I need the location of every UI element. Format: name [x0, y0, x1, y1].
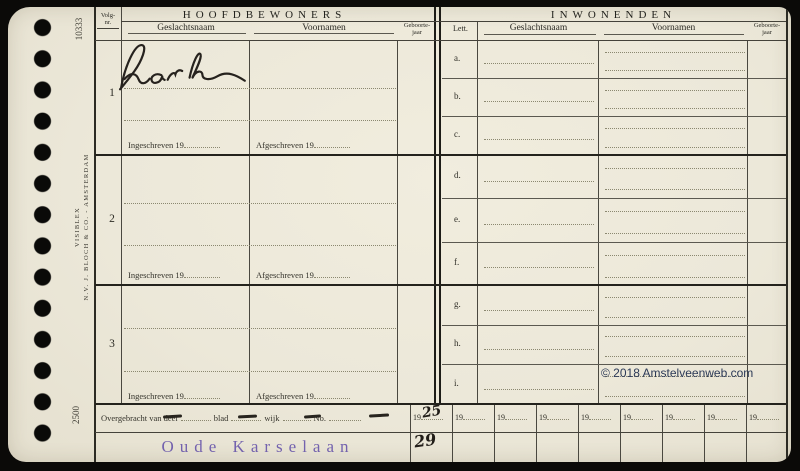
writing-line	[605, 297, 745, 298]
street-name-stamp: Oude Karselaan	[123, 437, 393, 457]
dotted-blank	[181, 414, 211, 421]
column-header-geslachtsnaam-inwonenden: Geslachtsnaam	[478, 23, 599, 33]
dotted-blank	[715, 413, 737, 420]
lodger-letter: f.	[454, 257, 459, 267]
header-underline	[484, 34, 596, 35]
year-cell: 19	[539, 413, 569, 422]
row-separator	[95, 154, 786, 156]
dotted-blank	[314, 141, 350, 148]
writing-line	[124, 371, 396, 372]
dotted-blank	[314, 392, 350, 399]
grid-line	[536, 404, 537, 462]
grid-line	[494, 404, 495, 462]
ingeschreven-label: Ingeschreven 19	[128, 391, 220, 401]
year-prefix: 19	[707, 413, 715, 422]
handwritten-dash	[369, 413, 389, 417]
dotted-blank	[463, 413, 485, 420]
column-header-volgnr-line2: nr.	[96, 19, 120, 26]
writing-line	[605, 336, 745, 337]
ingeschreven-text: Ingeschreven 19	[128, 391, 184, 401]
writing-line	[605, 396, 745, 397]
grid-line	[442, 78, 786, 79]
printer-imprint: VISIBLEX N.V. J. BLOCH & CO. - AMSTERDAM	[73, 153, 91, 300]
afgeschreven-text: Afgeschreven 19	[256, 391, 314, 401]
writing-line	[605, 211, 745, 212]
afgeschreven-text: Afgeschreven 19	[256, 140, 314, 150]
form-number-top: 10333	[74, 18, 84, 41]
grid-line	[747, 40, 748, 404]
grid-line	[97, 28, 119, 29]
handwritten-number: 29	[413, 430, 438, 452]
year-cell: 19	[665, 413, 695, 422]
section-title-hoofdbewoners: HOOFDBEWONERS	[95, 9, 434, 21]
dotted-blank	[631, 413, 653, 420]
writing-line	[605, 90, 745, 91]
column-header-geboortejaar-inwonenden: Geboorte- jaar	[748, 22, 786, 36]
writing-line	[605, 168, 745, 169]
lodger-letter: d.	[454, 170, 461, 180]
writing-line	[605, 233, 745, 234]
grid-line	[452, 404, 453, 462]
dotted-blank	[757, 413, 779, 420]
writing-line	[605, 128, 745, 129]
column-header-voornamen-inwonenden: Voornamen	[599, 23, 748, 33]
afgeschreven-label: Afgeschreven 19	[256, 270, 350, 280]
grid-line	[442, 364, 786, 365]
dotted-blank	[184, 271, 220, 278]
ingeschreven-label: Ingeschreven 19	[128, 140, 220, 150]
column-header-volgnr-line1: Volg-	[96, 12, 120, 19]
punch-holes	[33, 12, 52, 449]
year-prefix: 19	[623, 413, 631, 422]
writing-line	[484, 181, 594, 182]
overgebracht-row: Overgebracht van deelbladwijkNo.	[101, 413, 364, 423]
row-separator	[95, 284, 786, 286]
ingeschreven-label: Ingeschreven 19	[128, 270, 220, 280]
dotted-blank	[184, 141, 220, 148]
grid-line	[442, 242, 786, 243]
grid-line	[442, 116, 786, 117]
year-cell: 19	[623, 413, 653, 422]
writing-line	[605, 108, 745, 109]
writing-line	[605, 52, 745, 53]
register-card: 10333 VISIBLEX N.V. J. BLOCH & CO. - AMS…	[8, 7, 791, 462]
afgeschreven-label: Afgeschreven 19	[256, 391, 350, 401]
lodger-letter: g.	[454, 299, 461, 309]
row-number: 3	[104, 338, 120, 350]
year-prefix: 19	[413, 413, 421, 422]
writing-line	[605, 356, 745, 357]
grid-line	[397, 40, 398, 404]
writing-line	[605, 70, 745, 71]
year-prefix: 19	[665, 413, 673, 422]
scanned-register-card-page: { "card": { "form_number_top": "10333", …	[0, 0, 800, 471]
writing-line	[124, 328, 396, 329]
row-number: 2	[104, 213, 120, 225]
lodger-letter: i.	[454, 378, 459, 388]
column-header-geboortejaar: Geboorte- jaar	[398, 22, 436, 36]
column-header-geboortejaar-inw-line1: Geboorte-	[748, 22, 786, 29]
grid-line	[746, 404, 747, 462]
ingeschreven-text: Ingeschreven 19	[128, 140, 184, 150]
section-divider-line	[434, 7, 441, 404]
grid-line	[578, 404, 579, 462]
form-number-bottom: 2500	[71, 406, 81, 424]
column-header-geboortejaar-inw-line2: jaar	[748, 29, 786, 36]
lodger-letter: c.	[454, 129, 460, 139]
column-header-volgnr: Volg- nr.	[96, 12, 120, 26]
afgeschreven-label: Afgeschreven 19	[256, 140, 350, 150]
handwritten-surname-signature	[111, 29, 252, 104]
year-prefix: 19	[539, 413, 547, 422]
afgeschreven-text: Afgeschreven 19	[256, 270, 314, 280]
writing-line	[605, 255, 745, 256]
year-prefix: 19	[455, 413, 463, 422]
writing-line	[484, 349, 594, 350]
writing-line	[124, 203, 396, 204]
year-prefix: 19	[749, 413, 757, 422]
year-prefix: 19	[581, 413, 589, 422]
lodger-letter: h.	[454, 338, 461, 348]
lodger-letter: b.	[454, 91, 461, 101]
section-title-inwonenden: INWONENDEN	[441, 9, 786, 21]
grid-line	[662, 404, 663, 462]
writing-line	[484, 224, 594, 225]
writing-line	[605, 147, 745, 148]
grid-line	[121, 21, 786, 22]
lodger-letter: e.	[454, 214, 460, 224]
writing-line	[484, 267, 594, 268]
grid-line	[598, 40, 599, 404]
column-header-geboortejaar-line2: jaar	[398, 29, 436, 36]
column-header-voornamen: Voornamen	[250, 23, 398, 33]
header-underline	[604, 34, 744, 35]
grid-line	[94, 7, 96, 462]
writing-line	[605, 189, 745, 190]
writing-line	[484, 310, 594, 311]
dotted-blank	[589, 413, 611, 420]
writing-line	[484, 389, 594, 390]
dotted-blank	[184, 392, 220, 399]
wijk-label: wijk	[264, 413, 279, 423]
grid-line	[786, 7, 788, 462]
lodger-letter: a.	[454, 53, 460, 63]
blad-label: blad	[214, 413, 229, 423]
grid-line	[442, 198, 786, 199]
dotted-blank	[329, 414, 361, 421]
header-underline	[254, 33, 394, 34]
writing-line	[124, 245, 396, 246]
copyright-watermark: © 2018 Amstelveenweb.com	[601, 366, 753, 380]
year-cell: 19	[497, 413, 527, 422]
printer-imprint-line2: N.V. J. BLOCH & CO. - AMSTERDAM	[82, 153, 91, 300]
printer-imprint-line1: VISIBLEX	[73, 153, 82, 300]
grid-line	[95, 432, 786, 433]
writing-line	[605, 317, 745, 318]
writing-line	[484, 101, 594, 102]
writing-line	[484, 63, 594, 64]
writing-line	[605, 277, 745, 278]
grid-line	[620, 404, 621, 462]
grid-line	[410, 404, 411, 462]
year-cell: 19	[707, 413, 737, 422]
handwritten-year: 25	[421, 402, 443, 421]
writing-line	[124, 120, 396, 121]
column-header-geboortejaar-line1: Geboorte-	[398, 22, 436, 29]
column-header-lett: Lett.	[443, 24, 478, 33]
grid-line	[704, 404, 705, 462]
year-cell: 19	[749, 413, 779, 422]
year-cell: 19	[581, 413, 611, 422]
year-prefix: 19	[497, 413, 505, 422]
grid-line	[442, 325, 786, 326]
dotted-blank	[314, 271, 350, 278]
writing-line	[484, 139, 594, 140]
dotted-blank	[505, 413, 527, 420]
dotted-blank	[673, 413, 695, 420]
ingeschreven-text: Ingeschreven 19	[128, 270, 184, 280]
dotted-blank	[547, 413, 569, 420]
year-cell: 19	[455, 413, 485, 422]
